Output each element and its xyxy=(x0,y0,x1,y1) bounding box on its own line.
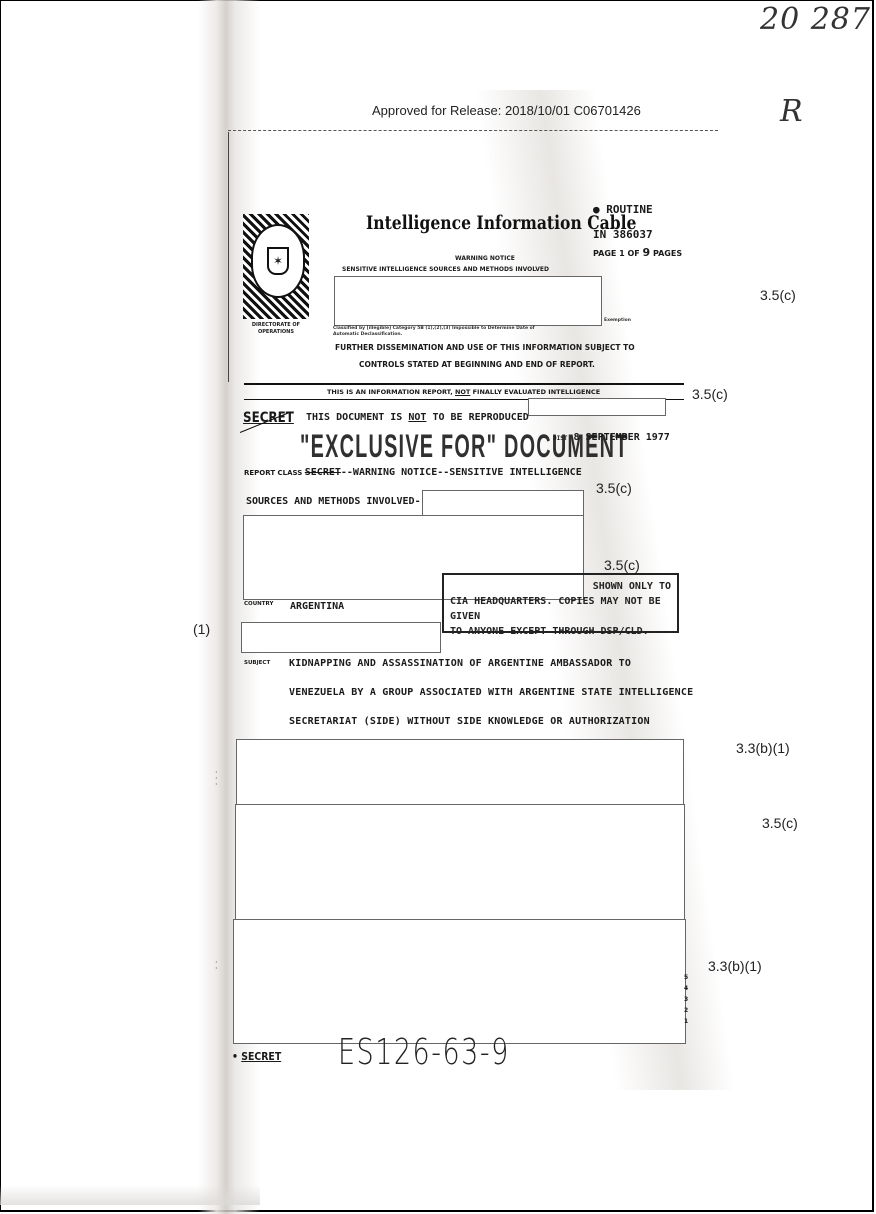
line-number: 5 xyxy=(684,972,690,983)
redaction-code: 3.5(c) xyxy=(604,557,640,573)
country-label: COUNTRY xyxy=(244,601,273,607)
dist-label: DIST xyxy=(553,435,567,442)
info-report-post: FINALLY EVALUATED INTELLIGENCE xyxy=(470,388,600,396)
precedence: ● ROUTINE xyxy=(593,203,653,216)
redaction-box xyxy=(241,622,441,653)
subject-label: SUBJECT xyxy=(244,660,270,666)
no-repro-pre: THIS DOCUMENT IS xyxy=(306,412,408,423)
cia-seal-icon: ✶ xyxy=(243,214,309,319)
redaction-box xyxy=(233,919,686,1044)
redaction-code: 3.5(c) xyxy=(692,386,728,402)
stamp-line-3: TO ANYONE EXCEPT THROUGH DSP/CLD. xyxy=(450,626,649,637)
footer-classification: • SECRET xyxy=(232,1050,281,1063)
redaction-code: 3.5(c) xyxy=(762,815,798,831)
classified-by: Classified by [illegible] Category 5B (1… xyxy=(333,326,553,338)
subject-line: KIDNAPPING AND ASSASSINATION OF ARGENTIN… xyxy=(289,658,631,669)
info-report-pre: THIS IS AN INFORMATION REPORT, xyxy=(327,388,455,396)
handwritten-number: 20 287 xyxy=(760,2,871,37)
handwritten-reference: ES126-63-9 xyxy=(338,1032,510,1073)
country-value: ARGENTINA xyxy=(290,601,344,612)
form-border-left xyxy=(228,132,229,382)
handwritten-mark: R xyxy=(780,94,803,129)
distribution-stamp: SHOWN ONLY TO CIA HEADQUARTERS. COPIES M… xyxy=(442,573,679,633)
no-reproduce-notice: THIS DOCUMENT IS NOT TO BE REPRODUCED xyxy=(306,412,529,423)
margin-tick-marks: ·· xyxy=(215,960,217,972)
report-class-struck: SECRET xyxy=(305,467,341,478)
stamp-line-2: CIA HEADQUARTERS. COPIES MAY NOT BE GIVE… xyxy=(450,596,661,622)
dist-date: DIST 8 SEPTEMBER 1977 xyxy=(553,432,670,443)
no-repro-not: NOT xyxy=(408,412,426,423)
warning-line: SENSITIVE INTELLIGENCE SOURCES AND METHO… xyxy=(342,266,549,273)
margin-tick-marks: ··· xyxy=(215,770,217,788)
redaction-code: 3.5(c) xyxy=(760,287,796,303)
redaction-box xyxy=(334,276,602,326)
info-report-not: NOT xyxy=(455,388,470,396)
form-border-top xyxy=(228,130,718,132)
redaction-box xyxy=(528,398,666,416)
warning-notice: WARNING NOTICE xyxy=(455,255,515,262)
redaction-code: 3.3(b)(1) xyxy=(736,740,790,756)
line-number: 3 xyxy=(684,994,690,1005)
directorate-label: DIRECTORATE OF OPERATIONS xyxy=(246,322,306,336)
release-stamp: Approved for Release: 2018/10/01 C067014… xyxy=(372,103,641,118)
exemption-label: Exemption xyxy=(604,318,631,323)
in-number: IN 386037 xyxy=(593,228,653,241)
dissemination-line-2: CONTROLS STATED AT BEGINNING AND END OF … xyxy=(359,360,595,369)
line-number: 1 xyxy=(684,1016,690,1027)
redaction-box xyxy=(236,739,684,807)
stamp-line-1: SHOWN ONLY TO xyxy=(450,579,671,594)
page-count: PAGE 1 OF 9 PAGES xyxy=(593,246,682,259)
line-numbers: 5 4 3 2 1 xyxy=(684,972,690,1027)
dissemination-line-1: FURTHER DISSEMINATION AND USE OF THIS IN… xyxy=(335,343,635,352)
divider-top xyxy=(244,383,684,385)
line-number: 2 xyxy=(684,1005,690,1016)
page-prefix: PAGE 1 OF xyxy=(593,249,643,258)
redaction-box xyxy=(235,804,685,922)
footer-secret: SECRET xyxy=(241,1050,281,1063)
page-suffix: PAGES xyxy=(650,249,682,258)
report-class-label: REPORT CLASS xyxy=(244,469,305,477)
seal-emblem: ✶ xyxy=(251,224,305,298)
subject-line: VENEZUELA BY A GROUP ASSOCIATED WITH ARG… xyxy=(289,687,693,698)
shield-icon: ✶ xyxy=(267,247,289,275)
report-class-rest: --WARNING NOTICE--SENSITIVE INTELLIGENCE xyxy=(341,467,582,478)
line-number: 4 xyxy=(684,983,690,994)
info-report-notice: THIS IS AN INFORMATION REPORT, NOT FINAL… xyxy=(327,388,600,396)
report-class: REPORT CLASS SECRET--WARNING NOTICE--SEN… xyxy=(244,467,582,478)
redaction-code: 3.5(c) xyxy=(596,480,632,496)
sources-methods: SOURCES AND METHODS INVOLVED-- xyxy=(246,496,427,507)
subject-line: SECRETARIAT (SIDE) WITHOUT SIDE KNOWLEDG… xyxy=(289,716,650,727)
redaction-code: 3.3(b)(1) xyxy=(708,958,762,974)
no-repro-post: TO BE REPRODUCED xyxy=(426,412,528,423)
dist-value: 8 SEPTEMBER 1977 xyxy=(573,432,669,443)
redaction-code: (1) xyxy=(193,621,210,637)
